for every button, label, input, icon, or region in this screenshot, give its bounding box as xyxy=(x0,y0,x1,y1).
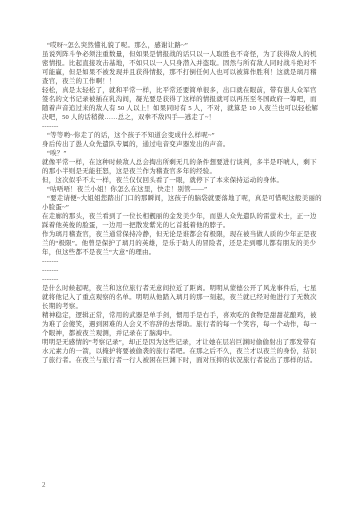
paragraph: 身后传出了愚人众先遣队专属的，通过电音变声器发出的声音。 xyxy=(42,140,322,149)
section-separator: ------- xyxy=(42,275,322,284)
paragraph: 但，这次似乎不太一样，夜兰仅仅回头看了一眼，就停下了本来保持运动的身体。 xyxy=(42,176,322,185)
paragraph: 是什么时候起呢，夜兰和这位旅行者无意间拉近了距离。明明从蒙德公开了风龙事件后，七… xyxy=(42,284,322,311)
page-text-area: “哎呀~怎么突然懂礼貌了呢。那么，感谢让路~” 虽说列阵斗争必须注重数量，但如果… xyxy=(0,0,360,365)
paragraph: 轻松，真是太轻松了，就和平常一样，比平常还要简单很多，出口就在眼前，带有愚人众军… xyxy=(42,86,322,122)
paragraph: 作为璃月稽查官，夜兰通常保持冷静，但无论是谁都会有极限，现在被当做人质的少年正是… xyxy=(42,230,322,257)
dialogue-line: “咕唔唔！夜兰小姐！你怎么在这里，快走！别管——” xyxy=(42,185,322,194)
dialogue-line: “要走请便~大姐姐您踏出门口的那瞬间，这孩子的脑袋就要落地了呢，真是可惜呢这般美… xyxy=(42,194,322,212)
paragraph: 就像平常一样，在这种时候敌人总会掏出所剩无几的条件想要进行谈判，多半是吓唬人，剩… xyxy=(42,158,322,176)
document-page: “哎呀~怎么突然懂礼貌了呢。那么，感谢让路~” 虽说列阵斗争必须注重数量，但如果… xyxy=(0,0,360,509)
paragraph: 在走廊的那头，夜兰看到了一位长相靓丽的金发美少年，而愚人众先遣队的雷萤术士，正一… xyxy=(42,212,322,230)
paragraph: 明明是无感情的“考察记录”，却正是因为这些记录，才让她在层岩巨渊时偷偷射出了那发… xyxy=(42,338,322,365)
section-separator: ------- xyxy=(42,122,322,131)
section-separator: ------- xyxy=(42,257,322,266)
dialogue-line: “等等哟~你走了的话，这个孩子不知道会变成什么样呢~” xyxy=(42,131,322,140)
paragraph: 精神稳定，逻辑正常，常用的武器是单手剑，惯用手是右手，喜欢吃的食物是甜甜花酿鸡，… xyxy=(42,311,322,338)
section-separator: ------- xyxy=(42,266,322,275)
dialogue-line: “唉？” xyxy=(42,149,322,158)
paragraph: 虽说列阵斗争必须注重数量，但如果是情报战的话只以一人取胜也不奇怪，为了获得敌人的… xyxy=(42,50,322,86)
dialogue-line: “哎呀~怎么突然懂礼貌了呢。那么，感谢让路~” xyxy=(42,41,322,50)
page-number: 2 xyxy=(42,481,46,490)
